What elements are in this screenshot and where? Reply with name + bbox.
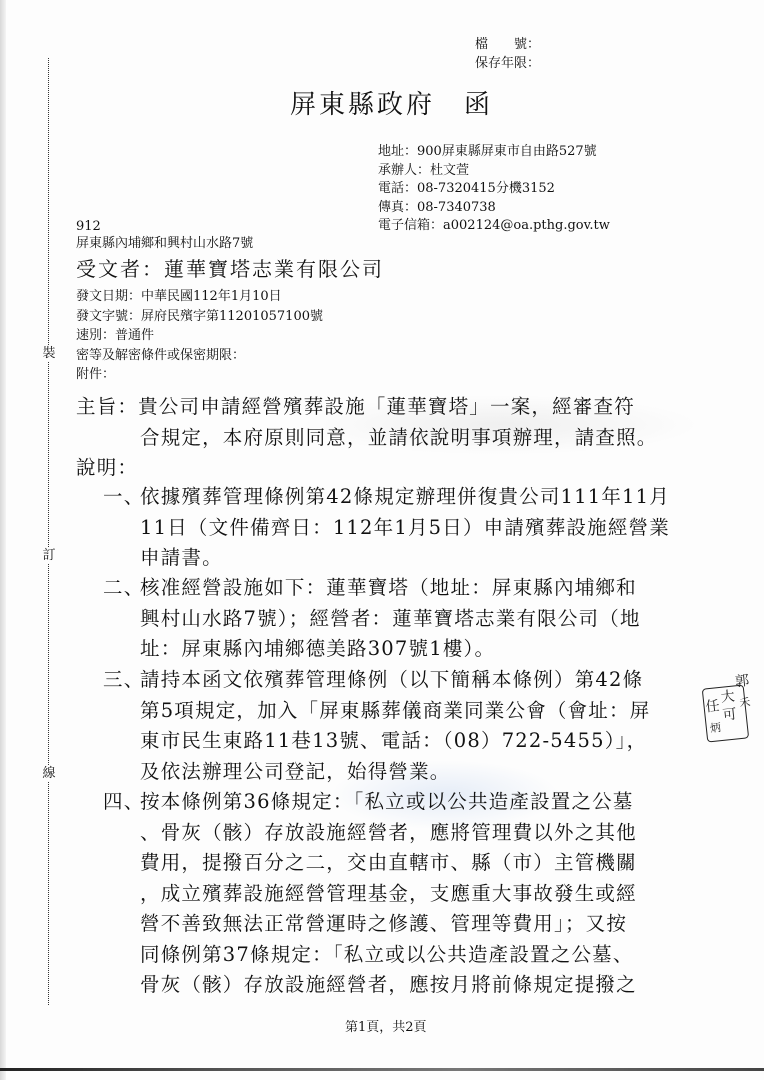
phone-number: 電話：08-7320415分機3152: [378, 180, 610, 199]
email-address: 電子信箱：a002124@oa.pthg.gov.tw: [378, 217, 610, 236]
item-line: 及依法辦理公司登記，始得營業。: [140, 757, 451, 788]
subject-line-1: 主旨：貴公司申請經營殯葬設施「蓮華寶塔」一案，經審查符: [76, 392, 635, 423]
item-line: 費用，提撥百分之二，交由直轄市、縣（市）主管機關: [140, 848, 637, 879]
document-meta-block: 發文日期：中華民國112年1月10日 發文字號：屏府民殯字第1120105710…: [76, 288, 323, 386]
item-line: 第5項規定，加入「屏東縣葬儀商業同業公會（會址：屏: [140, 696, 650, 727]
stamp-char: 大: [720, 689, 735, 704]
item-line: 、骨灰（骸）存放設施經營者，應將管理費以外之其他: [140, 818, 637, 849]
retention-period-label: 保存年限：: [456, 55, 540, 73]
binding-mark-zhuang: 裝: [41, 346, 57, 361]
document-title: 屏東縣政府 函: [290, 84, 493, 121]
document-number: 發文字號：屏府民殯字第11201057100號: [76, 308, 323, 328]
stamp-char: 炳: [709, 721, 721, 736]
attachments: 附件：: [76, 366, 323, 386]
item-number: 一、: [103, 482, 144, 513]
speed-category: 速別：普通件: [76, 327, 323, 347]
item-line: 址：屏東縣內埔鄉德美路307號1樓）。: [140, 634, 495, 665]
scan-edge-bottom: [0, 1068, 764, 1071]
page-number: 第1頁，共2頁: [345, 1016, 427, 1035]
item-line: 申請書。: [140, 543, 223, 574]
handler-name: 承辦人：杜文萱: [378, 162, 610, 181]
binding-mark-xian: 線: [41, 766, 57, 781]
item-line: 請持本函文依殯葬管理條例（以下簡稱本條例）第42條: [140, 665, 643, 696]
item-number: 三、: [103, 665, 144, 696]
stamp-char: 任: [705, 699, 720, 714]
item-line: ，成立殯葬設施經營管理基金，支應重大事故發生或經: [140, 879, 637, 910]
issue-date: 發文日期：中華民國112年1月10日: [76, 288, 323, 308]
binding-dotted-line: [48, 58, 49, 1005]
item-line: 東市民生東路11巷13號、電話：（08）722-5455）」，: [140, 726, 647, 757]
item-line: 11日（文件備齊日：112年1月5日）申請殯葬設施經營業: [140, 513, 670, 544]
item-number: 四、: [103, 787, 144, 818]
stamp-char: 禾: [739, 696, 751, 711]
item-line: 骨灰（骸）存放設施經營者，應按月將前條規定提撥之: [140, 970, 637, 1001]
item-number: 二、: [103, 573, 144, 604]
confidentiality-level: 密等及解密條件或保密期限：: [76, 347, 323, 367]
item-line: 依據殯葬管理條例第42條規定辦理併復貴公司111年11月: [140, 482, 670, 513]
official-seal-stamp: 大 可 任 郭 禾 炳: [701, 673, 760, 744]
item-line: 同條例第37條規定：「私立或以公共造產設置之公墓、: [140, 940, 634, 971]
binding-mark-ding: 訂: [41, 548, 57, 563]
scan-edge: [0, 0, 6, 1080]
recipient-postal-code: 912: [76, 218, 101, 236]
item-line: 營不善致無法正常營運時之修護、管理等費用」；又按: [140, 909, 627, 940]
fax-number: 傳真：08-7340738: [378, 199, 610, 218]
item-line: 興村山水路7號）；經營者：蓮華寶塔志業有限公司（地: [140, 604, 641, 635]
file-number-label: 檔 號：: [456, 36, 540, 54]
recipient-name: 受文者：蓮華寶塔志業有限公司: [76, 253, 384, 282]
explanation-heading: 說明：: [76, 453, 138, 484]
sender-contact-block: 地址：900屏東縣屏東市自由路527號 承辦人：杜文萱 電話：08-732041…: [378, 143, 610, 236]
stamp-char: 可: [722, 707, 737, 722]
item-line: 核准經營設施如下：蓮華寶塔（地址：屏東縣內埔鄉和: [140, 573, 637, 604]
stamp-char: 郭: [735, 674, 750, 689]
item-line: 按本條例第36條規定：「私立或以公共造產設置之公墓: [140, 787, 634, 818]
subject-line-2: 合規定，本府原則同意，並請依說明事項辦理，請查照。: [140, 423, 658, 454]
recipient-address: 屏東縣內埔鄉和興村山水路7號: [76, 235, 253, 253]
sender-address: 地址：900屏東縣屏東市自由路527號: [378, 143, 610, 162]
